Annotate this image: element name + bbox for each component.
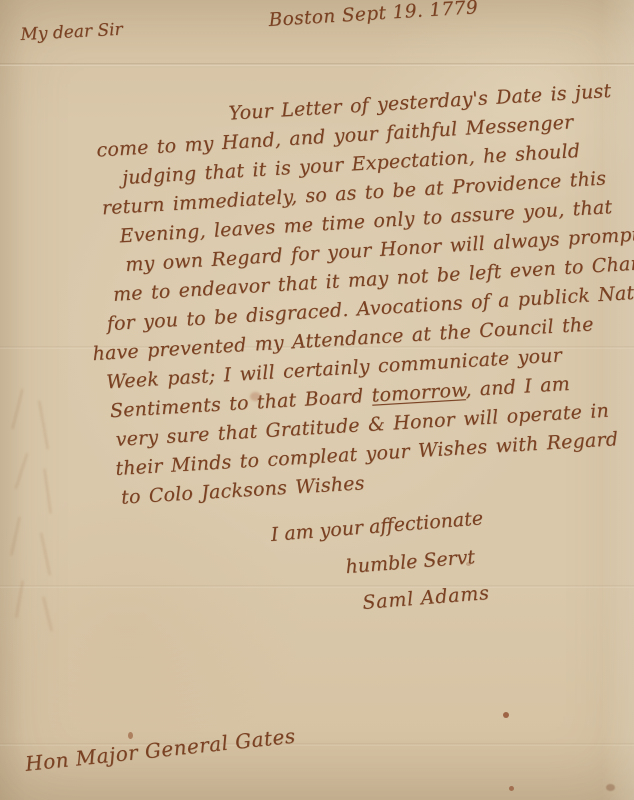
signature: Saml Adams — [362, 582, 491, 614]
dateline: Boston Sept 19. 1779 — [268, 0, 479, 31]
ink-bleedthrough — [10, 516, 21, 556]
foxing-spot — [509, 786, 514, 791]
ink-bleedthrough — [11, 388, 24, 429]
closing-line: I am your affectionate — [270, 507, 485, 546]
ink-bleedthrough — [39, 532, 51, 576]
foxing-spot — [503, 712, 509, 718]
letter-body: Your Letter of yesterday's Date is just … — [88, 77, 631, 513]
foxing-spot — [606, 784, 615, 791]
tomorrow-underlined-word: tomorrow — [371, 379, 466, 407]
ink-bleedthrough — [14, 452, 29, 489]
closing-line: humble Servt — [345, 545, 488, 578]
addressee-line: Hon Major General Gates — [24, 724, 297, 776]
ink-bleedthrough — [42, 596, 54, 632]
salutation: My dear Sir — [20, 20, 123, 45]
ink-bleedthrough — [38, 400, 50, 450]
letter-page: Boston Sept 19. 1779 My dear Sir Your Le… — [0, 0, 634, 800]
closing-block: I am your affectionate humble Servt Saml… — [270, 507, 490, 620]
fold-crease — [0, 63, 634, 66]
tomorrow-suffix: , and I am — [465, 373, 571, 401]
foxing-spot — [128, 732, 133, 739]
ink-bleedthrough — [43, 468, 52, 514]
